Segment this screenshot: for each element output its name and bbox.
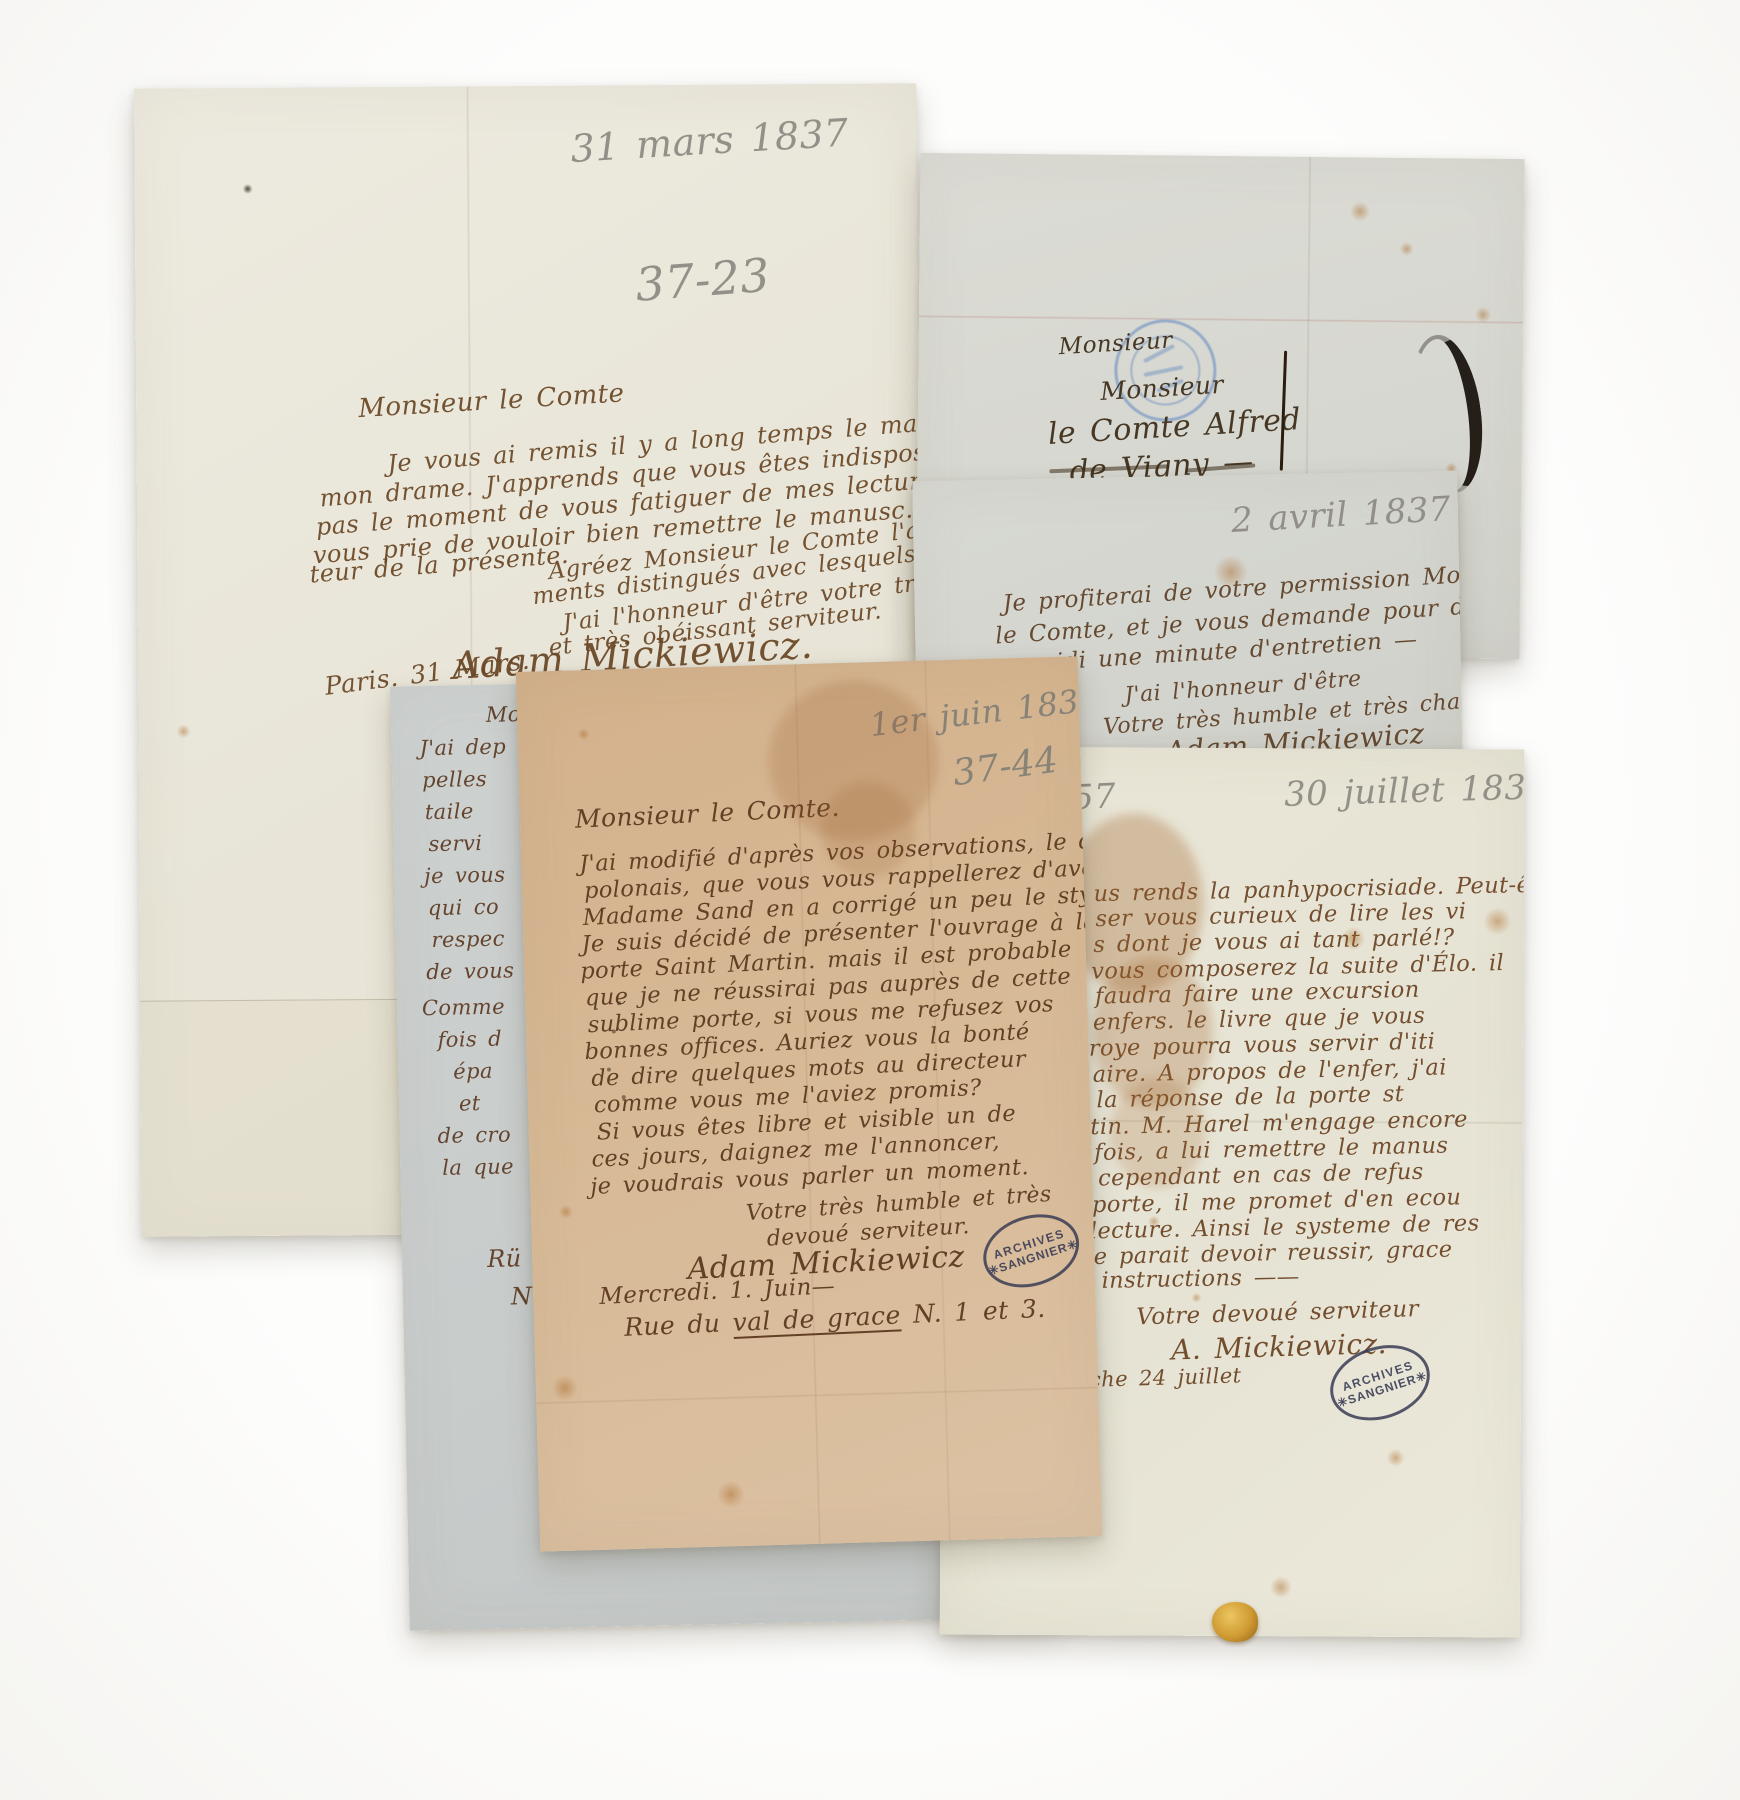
foxing-spot xyxy=(716,1480,745,1509)
fragment-line: Comme xyxy=(422,995,505,1021)
fragment-line: et xyxy=(459,1091,481,1115)
fragment-line: taile xyxy=(425,799,474,824)
fragment-line: pelles xyxy=(422,767,487,792)
foxing-spot xyxy=(176,724,190,738)
fragment-line: de vous xyxy=(426,958,515,984)
foxing-spot xyxy=(1270,1576,1292,1598)
fragment-line: épa xyxy=(453,1059,493,1084)
fragment-line: J'ai dep xyxy=(419,734,506,760)
fold-crease xyxy=(919,315,1523,324)
pinhole xyxy=(622,1095,626,1099)
ink-stain xyxy=(1110,1077,1206,1187)
fragment-line: je vous xyxy=(424,862,506,888)
fragment-line: Mo xyxy=(486,702,521,727)
fragment-line: qui co xyxy=(428,895,500,920)
foxing-spot xyxy=(1148,1216,1160,1228)
foxing-spot xyxy=(1400,242,1414,256)
salutation: Monsieur le Comte xyxy=(358,378,626,424)
wax-seal-remnant xyxy=(1212,1602,1258,1642)
pinhole xyxy=(612,1029,616,1033)
pencil-inventory-number: 37-23 xyxy=(633,248,771,312)
pinhole xyxy=(607,1068,611,1072)
archives-sangnier-stamp-icon: ARCHIVES ✳SANGNIER✳ xyxy=(974,1203,1089,1299)
foxing-spot xyxy=(559,1205,573,1219)
photo-canvas: 31 mars 1837 37-23 Monsieur le Comte Je … xyxy=(0,0,1740,1800)
foxing-spot xyxy=(1475,307,1491,323)
foxing-spot xyxy=(1387,1449,1405,1467)
address-line: le Comte Alfred xyxy=(1047,402,1302,452)
foxing-spot xyxy=(1341,927,1365,951)
fragment-address-line: N xyxy=(511,1282,533,1310)
foxing-spot xyxy=(551,1375,578,1402)
sheet-letter-1-juin: 1er juin 1837 37-44 Monsieur le Comte. J… xyxy=(516,656,1102,1551)
fragment-line: respec xyxy=(431,927,505,953)
post-date-line: che 24 juillet xyxy=(1089,1363,1242,1392)
pencil-inventory-number: 37-44 xyxy=(950,740,1060,795)
address-suffix: N. 1 et 3. xyxy=(900,1294,1046,1330)
fragment-line: de cro xyxy=(437,1122,511,1148)
foxing-spot xyxy=(243,184,253,194)
foxing-spot xyxy=(577,728,589,740)
foxing-spot xyxy=(1483,907,1511,935)
fragment-line: la que xyxy=(442,1154,514,1179)
address-underlined: val de grace xyxy=(732,1300,901,1339)
pencil-date: 30 juillet 1837 xyxy=(1284,767,1525,815)
pinhole xyxy=(617,1001,621,1005)
address-prefix: Rue du xyxy=(624,1308,734,1342)
foxing-spot xyxy=(1350,201,1370,221)
fragment-address-line: Rü xyxy=(487,1244,522,1273)
closing-line: Votre devoué serviteur xyxy=(1136,1296,1419,1330)
pencil-date: 31 mars 1837 xyxy=(569,111,849,171)
foxing-spot xyxy=(1191,1293,1201,1303)
body-line: instructions —— xyxy=(1101,1264,1300,1294)
pencil-date: 2 avril 1837 xyxy=(1230,489,1452,541)
fragment-line: servi xyxy=(428,831,482,856)
fragment-line: fois d xyxy=(437,1027,502,1052)
